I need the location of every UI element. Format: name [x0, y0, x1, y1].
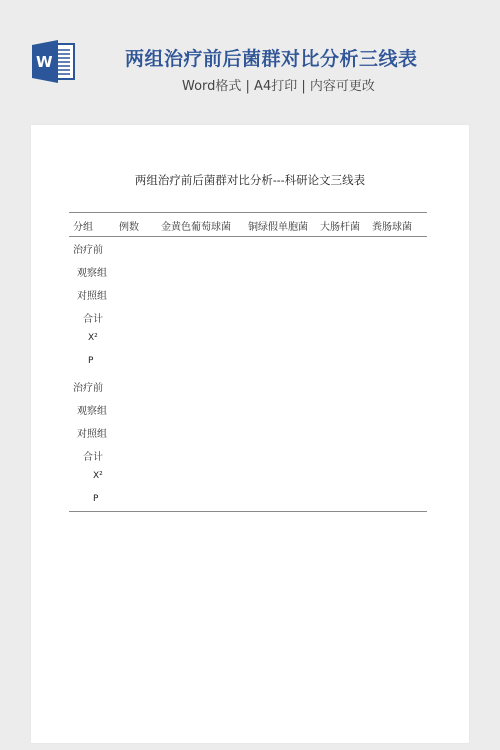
- row-label: P: [88, 356, 93, 366]
- row-label: 观察组: [77, 402, 107, 417]
- row-label: 对照组: [77, 425, 107, 440]
- row-label: P: [93, 494, 98, 504]
- document-title: 两组治疗前后菌群对比分析---科研论文三线表: [31, 172, 469, 188]
- row-label: 合计: [83, 448, 103, 463]
- header-staph-aureus: 金黄色葡萄球菌: [161, 218, 231, 233]
- svg-text:W: W: [36, 53, 53, 71]
- row-label: 对照组: [77, 287, 107, 302]
- header-count: 例数: [119, 218, 139, 233]
- row-label: X²: [93, 471, 103, 481]
- header-group: 分组: [73, 218, 93, 233]
- row-label: X²: [88, 333, 98, 343]
- row-label: 治疗前: [73, 241, 103, 256]
- table-header-rule: [69, 236, 427, 237]
- subtitle: Word格式 | A4打印 | 内容可更改: [182, 75, 375, 94]
- word-document-icon: W: [32, 40, 76, 83]
- main-title-text: 两组治疗前后菌群对比分析三线表: [125, 44, 418, 71]
- row-label: 治疗前: [73, 379, 103, 394]
- table-bottom-rule: [69, 511, 427, 512]
- table-top-rule: [69, 212, 427, 213]
- row-label: 观察组: [77, 264, 107, 279]
- row-label: 合计: [83, 310, 103, 325]
- header: W 两组治疗前后菌群对比分析三线表 Word格式 | A4打印 | 内容可更改: [0, 0, 500, 120]
- header-enterococcus: 粪肠球菌: [372, 218, 412, 233]
- header-e-coli: 大肠杆菌: [320, 218, 360, 233]
- header-pseudomonas: 铜绿假单胞菌: [248, 218, 308, 233]
- document-page: 两组治疗前后菌群对比分析---科研论文三线表 分组 例数 金黄色葡萄球菌 铜绿假…: [31, 125, 469, 743]
